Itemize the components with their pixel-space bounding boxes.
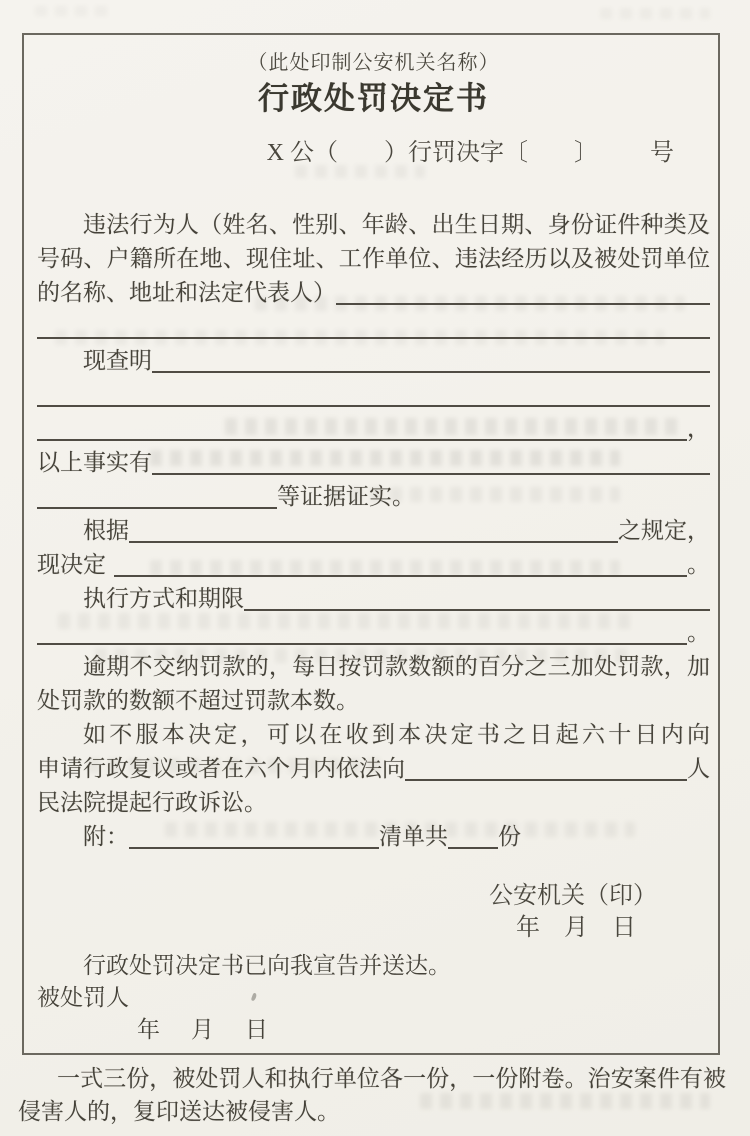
offender-blank-field-1: [336, 276, 710, 310]
decision-line: 现决定 。: [37, 548, 710, 582]
attachment-suffix-label: 份: [498, 820, 521, 854]
footer-note-line2: 侵害人的，复印送达被侵害人。: [18, 1095, 726, 1128]
execution-blank-field-1: [244, 582, 710, 616]
doc-number-line: X 公（ ）行罚决字〔 〕 号: [37, 136, 710, 170]
bleed-through-artifact: [600, 8, 710, 19]
execution-line: 执行方式和期限: [37, 582, 710, 616]
overdue-clause-line2: 处罚款的数额不超过罚款本数。: [37, 684, 710, 718]
legal-basis-line: 根据 之规定，: [37, 514, 710, 548]
doc-number-seg3: 〕: [574, 136, 598, 170]
decision-label: 现决定: [37, 548, 106, 582]
court-name-blank-field: [405, 752, 687, 786]
offender-clause-line2: 号码、户籍所在地、现住址、工作单位、违法经历以及被处罚单位: [37, 242, 710, 276]
execution-line-2: 。: [37, 616, 710, 650]
doc-number-seg1: X 公（: [267, 136, 338, 170]
findings-trailing-comma: ，: [687, 412, 710, 446]
findings-blank-field-1: [152, 344, 710, 378]
attachment-line: 附： 清单共 份: [37, 820, 710, 854]
findings-line: 现查明: [37, 344, 710, 378]
execution-period: 。: [687, 616, 710, 650]
attachment-mid-label: 清单共: [379, 820, 448, 854]
line-spacer: [415, 480, 710, 514]
punished-person-label: 被处罚人: [37, 982, 710, 1014]
evidence-line-2: 等证据证实。: [37, 480, 710, 514]
delivery-statement: 行政处罚决定书已向我宣告并送达。: [37, 950, 710, 982]
line-spacer: [521, 820, 710, 854]
doc-number-seg4: 号: [650, 136, 674, 170]
signature-block: 公安机关（印） 年 月 日: [37, 880, 710, 944]
findings-blank-row: [37, 378, 710, 412]
evidence-suffix: 等证据证实。: [277, 480, 415, 514]
bleed-through-artifact: [35, 6, 115, 16]
appeal-line2-suffix: 人: [687, 752, 710, 786]
decision-blank-field: [114, 548, 687, 582]
offender-blank-field-2: [37, 310, 710, 344]
offender-clause-line1: 违法行为人（姓名、性别、年龄、出生日期、身份证件种类及: [37, 208, 710, 242]
evidence-prefix: 以上事实有: [37, 446, 152, 480]
decision-period: 。: [687, 548, 710, 582]
overdue-clause-line1: 逾期不交纳罚款的，每日按罚款数额的百分之三加处罚款，加: [37, 650, 710, 684]
offender-clause-line3-label: 的名称、地址和法定代表人）: [37, 276, 336, 310]
offender-blank-row: [37, 310, 710, 344]
offender-clause-line3: 的名称、地址和法定代表人）: [37, 276, 710, 310]
execution-blank-field-2: [37, 616, 687, 650]
attachment-name-blank-field: [129, 820, 379, 854]
authority-seal-line: 公安机关（印）: [37, 880, 710, 912]
findings-blank-row-comma: ，: [37, 412, 710, 446]
form-body: 违法行为人（姓名、性别、年龄、出生日期、身份证件种类及 号码、户籍所在地、现住址…: [37, 208, 710, 854]
findings-blank-field-3: [37, 412, 687, 446]
scanned-document-page: （此处印制公安机关名称） 行政处罚决定书 X 公（ ）行罚决字〔 〕 号 违法行…: [0, 0, 750, 1136]
footer-note-line1: 一式三份，被处罚人和执行单位各一份，一份附卷。治安案件有被: [18, 1062, 726, 1095]
delivery-block: 行政处罚决定书已向我宣告并送达。 被处罚人 年 月 日: [37, 950, 710, 1046]
attachment-count-blank-field: [448, 820, 498, 854]
appeal-clause-line3: 民法院提起行政诉讼。: [37, 786, 710, 820]
findings-label: 现查明: [83, 344, 152, 378]
attachment-label: 附：: [83, 820, 129, 854]
appeal-line2-prefix: 申请行政复议或者在六个月内依法向: [37, 752, 405, 786]
footer-note: 一式三份，被处罚人和执行单位各一份，一份附卷。治安案件有被 侵害人的，复印送达被…: [18, 1062, 726, 1128]
header-note: （此处印制公安机关名称）: [37, 48, 710, 78]
evidence-blank-field-1: [152, 446, 710, 480]
document-title: 行政处罚决定书: [37, 78, 710, 120]
authority-date-line: 年 月 日: [37, 912, 710, 944]
legal-basis-blank-field: [129, 514, 618, 548]
appeal-clause-line1: 如不服本决定，可以在收到本决定书之日起六十日内向: [37, 718, 710, 752]
doc-number-seg2: ）行罚决字〔: [384, 136, 528, 170]
punished-person-date-line: 年 月 日: [37, 1014, 710, 1046]
legal-basis-label: 根据: [83, 514, 129, 548]
appeal-clause-line2: 申请行政复议或者在六个月内依法向 人: [37, 752, 710, 786]
document-border-frame: （此处印制公安机关名称） 行政处罚决定书 X 公（ ）行罚决字〔 〕 号 违法行…: [22, 33, 720, 1055]
evidence-line: 以上事实有: [37, 446, 710, 480]
evidence-blank-field-2: [37, 480, 277, 514]
execution-label: 执行方式和期限: [83, 582, 244, 616]
findings-blank-field-2: [37, 378, 710, 412]
legal-basis-suffix: 之规定，: [618, 514, 710, 548]
